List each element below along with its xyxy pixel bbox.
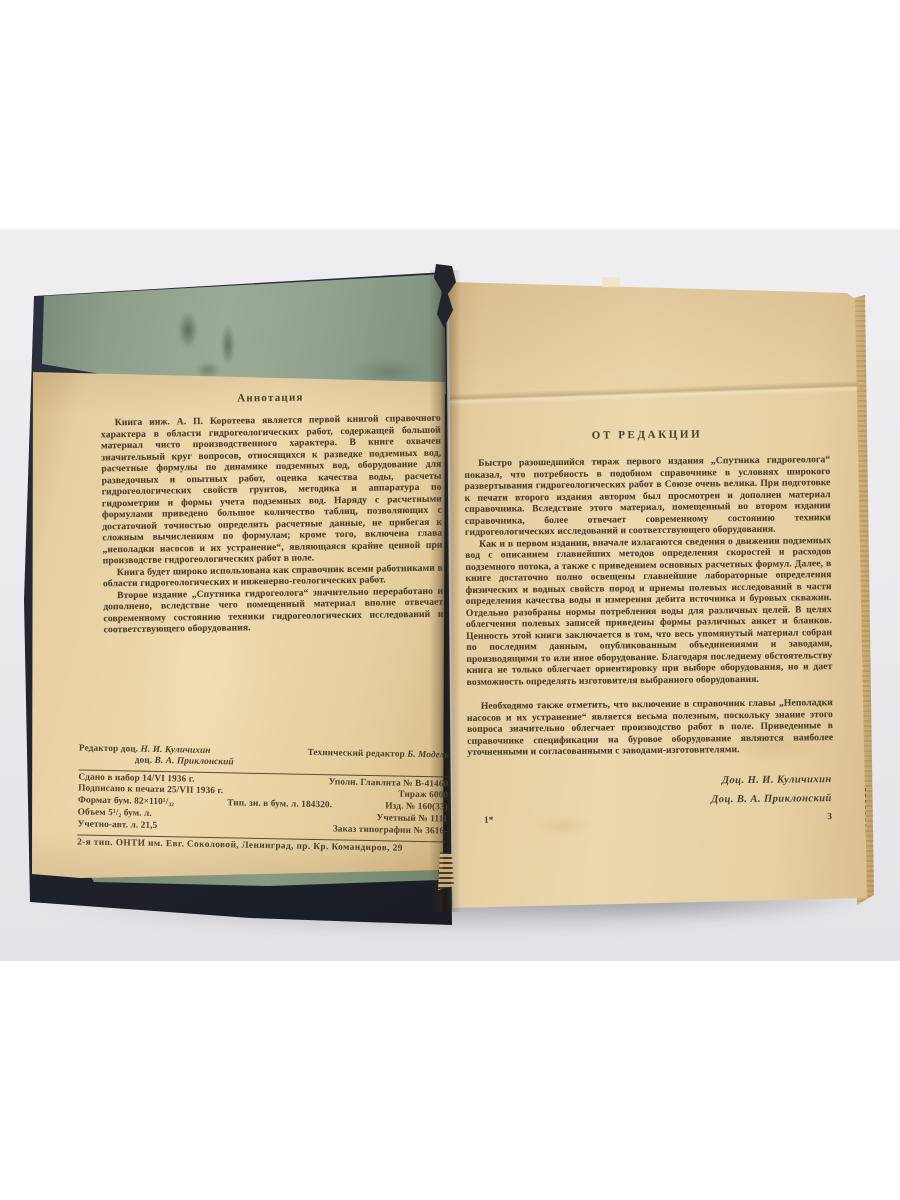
- signatures: Доц. Н. И. КуличихинДоц. В. А. Приклонск…: [468, 770, 834, 812]
- imprint-cell: Заказ типографии № 3616-: [333, 824, 448, 838]
- tech-editor-name: Б. Модель: [407, 750, 449, 761]
- signature-mark: 1*: [484, 815, 494, 825]
- editor-prefix: доц.: [135, 755, 153, 765]
- signature-fold-edges: [438, 852, 454, 890]
- editorial-block: ОТ РЕДАКЦИИ Быстро разошедшийся тираж пе…: [464, 427, 834, 825]
- page-edge-tab: [602, 277, 620, 288]
- endpaper-stain: [158, 300, 268, 380]
- editor-name: Н. И. Куличихин: [140, 745, 210, 756]
- annotation-paragraphs: Книга инж. А. П. Коротеева является перв…: [101, 413, 444, 636]
- book-photo: { "photo": { "background_color": "#fffff…: [0, 0, 900, 1200]
- signature-line: Доц. В. А. Приклонский: [468, 789, 832, 812]
- editorial-paragraphs: Быстро разошедшийся тираж первого издани…: [464, 454, 833, 758]
- editorial-paragraph: Быстро разошедшийся тираж первого издани…: [464, 454, 831, 538]
- editorial-paragraph: Как и в первом издании, вначале излагают…: [465, 535, 833, 688]
- imprint-block: Редактор доц. Н. И. Куличихин Технически…: [77, 743, 449, 855]
- editorial-paragraph: Необходимо также отметить, что включение…: [467, 697, 834, 758]
- page-number: 3: [827, 812, 832, 822]
- annotation-paragraph: Книга инж. А. П. Коротеева является перв…: [101, 413, 443, 567]
- annotation-paragraph: Второе издание „Спутника гидрогеолога“ з…: [103, 585, 444, 636]
- annotation-block: Аннотация Книга инж. А. П. Коротеева явл…: [100, 390, 443, 636]
- imprint-cell: Учетно-авт. л. 21,5: [77, 819, 157, 832]
- tech-editor-prefix: Технический редактор: [307, 748, 404, 760]
- editor-prefix: Редактор доц.: [79, 743, 138, 754]
- editor-name: В. А. Приклонский: [155, 756, 234, 768]
- editorial-heading: ОТ РЕДАКЦИИ: [464, 427, 830, 443]
- imprint-cell: [157, 821, 333, 836]
